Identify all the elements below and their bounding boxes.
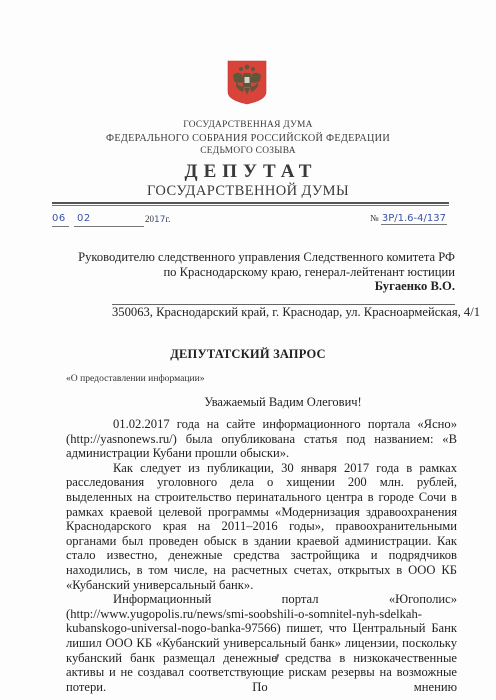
addressee-address: 350063, Краснодарский край, г. Краснодар…: [112, 305, 457, 320]
number-label: №: [370, 213, 379, 223]
salutation: Уважаемый Вадим Олегович!: [0, 395, 496, 410]
letterhead-line-2: Федерального собрания Российской Федерац…: [0, 132, 496, 145]
addressee-name: Бугаенко В.О.: [55, 279, 455, 294]
paragraph-3-start: Информационный портал «Югополис»: [66, 592, 457, 607]
paragraph-1: 01.02.2017 года на сайте информационного…: [66, 417, 457, 461]
letterhead-line-3: Седьмого созыва: [0, 145, 496, 158]
document-page: Государственная дума Федерального собран…: [0, 0, 496, 700]
document-subject: «О предоставлении информации»: [66, 373, 205, 384]
addressee-line-1: Руководителю следственного управления Сл…: [55, 250, 455, 265]
date-year-prefix: 20: [145, 214, 154, 224]
paragraph-3-url: (http://www.yugopolis.ru/news/smi-soobsh…: [66, 607, 457, 622]
document-date: 06 02 2017г.: [52, 213, 172, 227]
date-month-underline: [74, 226, 144, 227]
letterhead-divider: [52, 202, 449, 206]
addressee-line-2: по Краснодарскому краю, генерал-лейтенан…: [55, 265, 455, 280]
letterhead-line-1: Государственная дума: [0, 119, 496, 132]
registration-number: № 3Р/1.6-4/137: [370, 213, 447, 224]
coat-of-arms-icon: [227, 60, 267, 105]
letterhead-title: ДЕПУТАТ: [0, 161, 496, 183]
number-value: 3Р/1.6-4/137: [381, 213, 447, 225]
date-day-underline: [52, 226, 69, 227]
paragraph-3-continuation: kubanskogo-universal-nogo-banka-97566) п…: [66, 621, 457, 694]
document-body: 01.02.2017 года на сайте информационного…: [66, 417, 457, 694]
letterhead: Государственная дума Федерального собран…: [0, 119, 496, 199]
date-year-handwritten: 17: [154, 215, 165, 225]
date-month: 02: [77, 213, 91, 224]
letterhead-subtitle: ГОСУДАРСТВЕННОЙ ДУМЫ: [0, 183, 496, 199]
addressee-block: Руководителю следственного управления Сл…: [55, 250, 455, 294]
date-year-suffix: г.: [165, 214, 170, 224]
paragraph-2: Как следует из публикации, 30 января 201…: [66, 461, 457, 592]
date-day: 06: [52, 213, 66, 224]
date-year: 2017г.: [145, 214, 170, 225]
document-title: ДЕПУТАТСКИЙ ЗАПРОС: [0, 347, 496, 362]
